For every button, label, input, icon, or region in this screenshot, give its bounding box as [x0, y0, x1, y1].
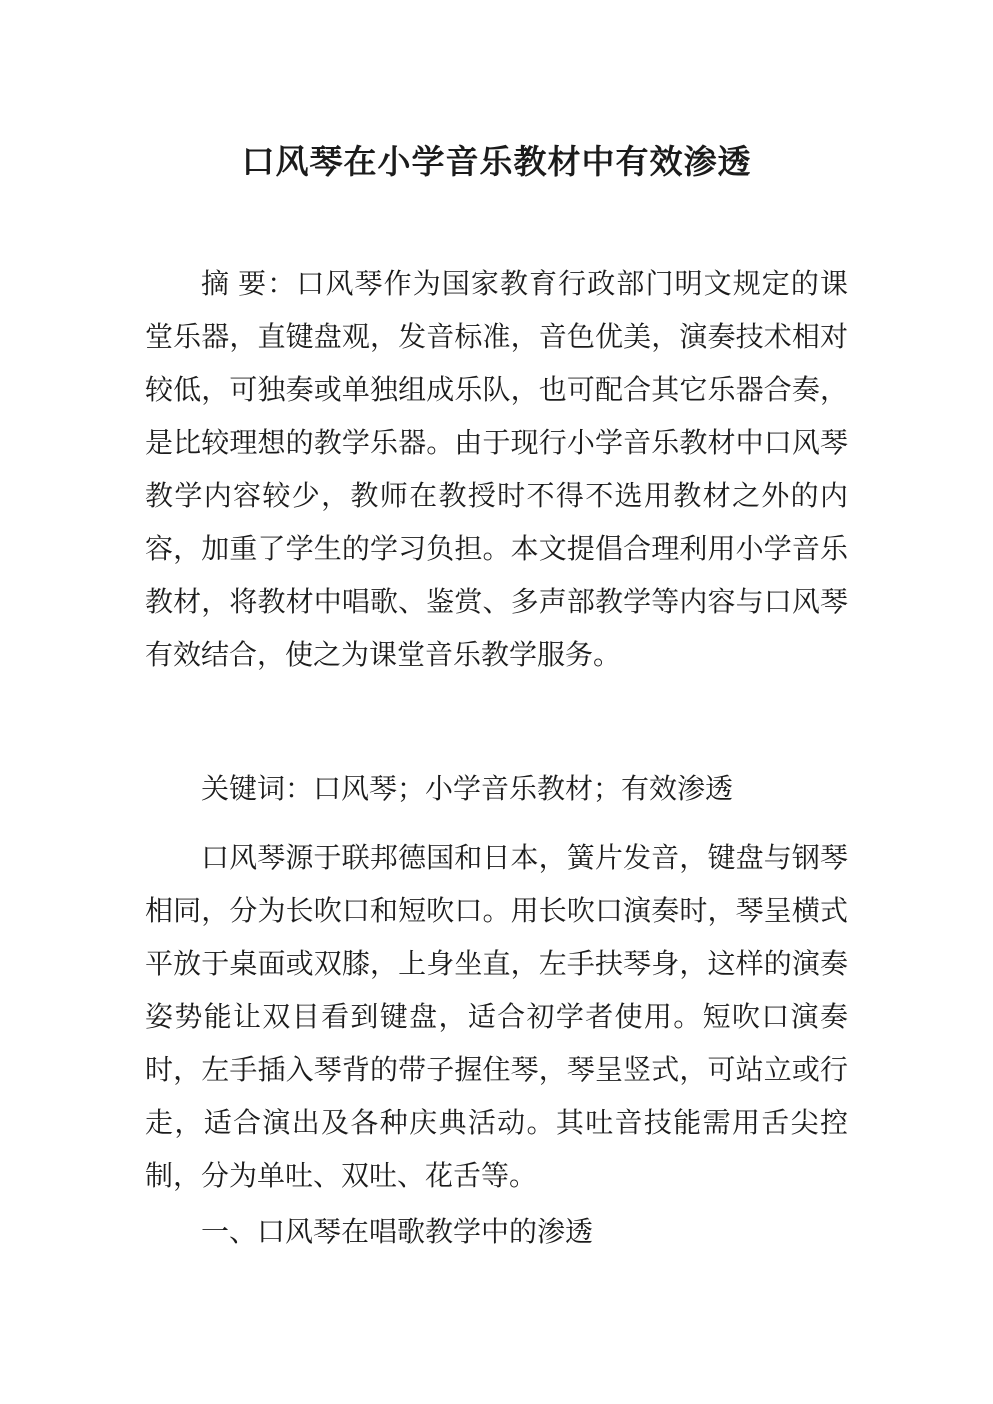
keywords-line: 关键词：口风琴；小学音乐教材；有效渗透	[145, 763, 848, 816]
document-page: 口风琴在小学音乐教材中有效渗透 摘 要：口风琴作为国家教育行政部门明文规定的课堂…	[0, 0, 993, 1404]
section-heading: 一、口风琴在唱歌教学中的渗透	[145, 1206, 848, 1259]
intro-paragraph: 口风琴源于联邦德国和日本，簧片发音，键盘与钢琴相同，分为长吹口和短吹口。用长吹口…	[145, 832, 848, 1203]
abstract-paragraph: 摘 要：口风琴作为国家教育行政部门明文规定的课堂乐器，直键盘观，发音标准，音色优…	[145, 258, 848, 682]
document-title: 口风琴在小学音乐教材中有效渗透	[145, 135, 848, 191]
